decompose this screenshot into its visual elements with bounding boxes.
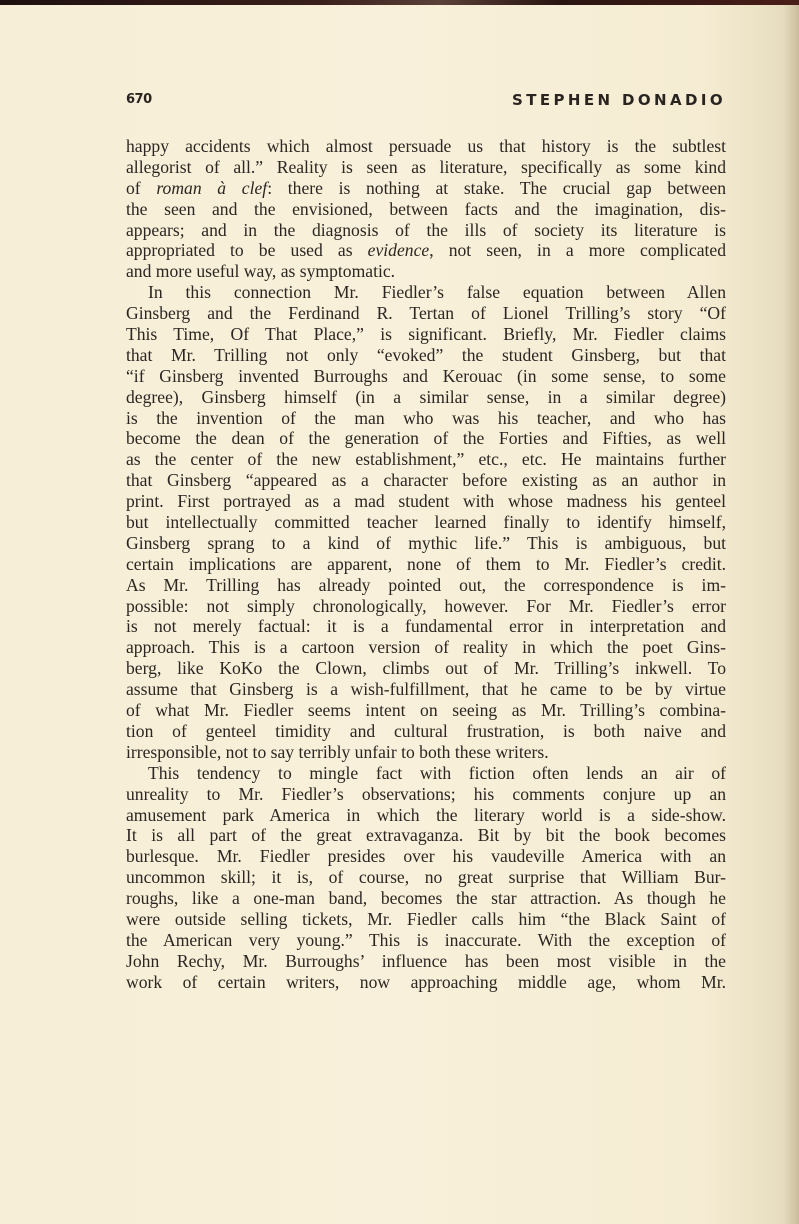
- text-line: were outside selling tickets, Mr. Fiedle…: [126, 909, 726, 930]
- text-segment: allegorist of all.” Reality is seen as l…: [126, 157, 726, 177]
- text-line: burlesque. Mr. Fiedler presides over his…: [126, 846, 726, 867]
- text-segment: is the invention of the man who was his …: [126, 408, 726, 428]
- text-segment: , not seen, in a more complicated: [429, 240, 726, 260]
- text-segment: berg, like KoKo the Clown, climbs out of…: [126, 658, 726, 678]
- text-segment: degree), Ginsberg himself (in a similar …: [126, 387, 726, 407]
- text-segment: This tendency to mingle fact with fictio…: [148, 763, 726, 783]
- paragraph: happy accidents which almost persuade us…: [126, 136, 726, 282]
- text-line: approach. This is a cartoon version of r…: [126, 637, 726, 658]
- text-segment: unreality to Mr. Fiedler’s observations;…: [126, 784, 726, 804]
- text-segment: become the dean of the generation of the…: [126, 428, 726, 448]
- text-segment: Ginsberg sprang to a kind of mythic life…: [126, 533, 726, 553]
- text-segment: the American very young.” This is inaccu…: [126, 930, 726, 950]
- text-segment: of what Mr. Fiedler seems intent on seei…: [126, 700, 726, 720]
- text-line: roughs, like a one-man band, becomes the…: [126, 888, 726, 909]
- text-segment: As Mr. Trilling has already pointed out,…: [126, 575, 726, 595]
- text-segment: This Time, Of That Place,” is significan…: [126, 324, 726, 344]
- paragraph: This tendency to mingle fact with fictio…: [126, 763, 726, 993]
- text-line: the seen and the envisioned, between fac…: [126, 199, 726, 220]
- text-segment: were outside selling tickets, Mr. Fiedle…: [126, 909, 726, 929]
- text-segment: happy accidents which almost persuade us…: [126, 136, 726, 156]
- paragraph: In this connection Mr. Fiedler’s false e…: [126, 282, 726, 762]
- text-segment: : there is nothing at stake. The crucial…: [267, 178, 726, 198]
- text-segment: print. First portrayed as a mad student …: [126, 491, 726, 511]
- text-line: This Time, Of That Place,” is significan…: [126, 324, 726, 345]
- text-line: the American very young.” This is inaccu…: [126, 930, 726, 951]
- text-segment: work of certain writers, now approaching…: [126, 972, 726, 992]
- italic-text: roman à clef: [156, 178, 267, 198]
- running-head: 670 STEPHEN DONADIO: [126, 90, 726, 114]
- gutter-shadow: [783, 5, 799, 1224]
- text-line: happy accidents which almost persuade us…: [126, 136, 726, 157]
- text-segment: irresponsible, not to say terribly unfai…: [126, 742, 549, 762]
- text-line: This tendency to mingle fact with fictio…: [126, 763, 726, 784]
- text-line: and more useful way, as symptomatic.: [126, 261, 726, 282]
- text-segment: that Ginsberg “appeared as a character b…: [126, 470, 726, 490]
- text-line: is the invention of the man who was his …: [126, 408, 726, 429]
- text-segment: It is all part of the great extravaganza…: [126, 825, 726, 845]
- text-line: appears; and in the diagnosis of the ill…: [126, 220, 726, 241]
- text-line: uncommon skill; it is, of course, no gre…: [126, 867, 726, 888]
- top-edge-shadow: [0, 0, 799, 5]
- text-segment: that Mr. Trilling not only “evoked” the …: [126, 345, 726, 365]
- text-line: As Mr. Trilling has already pointed out,…: [126, 575, 726, 596]
- text-line: Ginsberg sprang to a kind of mythic life…: [126, 533, 726, 554]
- text-line: that Ginsberg “appeared as a character b…: [126, 470, 726, 491]
- running-title: STEPHEN DONADIO: [512, 91, 726, 109]
- text-line: work of certain writers, now approaching…: [126, 972, 726, 993]
- text-segment: Ginsberg and the Ferdinand R. Tertan of …: [126, 303, 726, 323]
- text-line: is not merely factual: it is a fundament…: [126, 616, 726, 637]
- text-segment: of: [126, 178, 156, 198]
- text-segment: approach. This is a cartoon version of r…: [126, 637, 726, 657]
- text-line: assume that Ginsberg is a wish-fulfillme…: [126, 679, 726, 700]
- text-line: tion of genteel timidity and cultural fr…: [126, 721, 726, 742]
- text-line: that Mr. Trilling not only “evoked” the …: [126, 345, 726, 366]
- text-segment: as the center of the new establishment,”…: [126, 449, 726, 469]
- text-segment: and more useful way, as symptomatic.: [126, 261, 395, 281]
- text-line: print. First portrayed as a mad student …: [126, 491, 726, 512]
- text-segment: tion of genteel timidity and cultural fr…: [126, 721, 726, 741]
- text-segment: is not merely factual: it is a fundament…: [126, 616, 726, 636]
- text-segment: but intellectually committed teacher lea…: [126, 512, 726, 532]
- text-segment: appropriated to be used as: [126, 240, 368, 260]
- text-line: but intellectually committed teacher lea…: [126, 512, 726, 533]
- text-line: of roman à clef: there is nothing at sta…: [126, 178, 726, 199]
- text-line: as the center of the new establishment,”…: [126, 449, 726, 470]
- text-line: appropriated to be used as evidence, not…: [126, 240, 726, 261]
- page-number: 670: [126, 92, 152, 107]
- text-line: In this connection Mr. Fiedler’s false e…: [126, 282, 726, 303]
- body-text: happy accidents which almost persuade us…: [126, 136, 726, 993]
- text-segment: amusement park America in which the lite…: [126, 805, 726, 825]
- italic-text: evidence: [368, 240, 430, 260]
- text-segment: roughs, like a one-man band, becomes the…: [126, 888, 726, 908]
- text-line: It is all part of the great extravaganza…: [126, 825, 726, 846]
- text-line: certain implications are apparent, none …: [126, 554, 726, 575]
- text-line: “if Ginsberg invented Burroughs and Kero…: [126, 366, 726, 387]
- text-segment: uncommon skill; it is, of course, no gre…: [126, 867, 726, 887]
- text-line: of what Mr. Fiedler seems intent on seei…: [126, 700, 726, 721]
- text-segment: certain implications are apparent, none …: [126, 554, 726, 574]
- text-segment: the seen and the envisioned, between fac…: [126, 199, 726, 219]
- text-line: Ginsberg and the Ferdinand R. Tertan of …: [126, 303, 726, 324]
- text-line: become the dean of the generation of the…: [126, 428, 726, 449]
- text-line: possible: not simply chronologically, ho…: [126, 596, 726, 617]
- text-segment: possible: not simply chronologically, ho…: [126, 596, 726, 616]
- text-line: degree), Ginsberg himself (in a similar …: [126, 387, 726, 408]
- text-segment: burlesque. Mr. Fiedler presides over his…: [126, 846, 726, 866]
- text-line: irresponsible, not to say terribly unfai…: [126, 742, 726, 763]
- text-line: amusement park America in which the lite…: [126, 805, 726, 826]
- text-segment: appears; and in the diagnosis of the ill…: [126, 220, 726, 240]
- text-segment: John Rechy, Mr. Burroughs’ influence has…: [126, 951, 726, 971]
- text-segment: assume that Ginsberg is a wish-fulfillme…: [126, 679, 726, 699]
- text-line: allegorist of all.” Reality is seen as l…: [126, 157, 726, 178]
- text-line: berg, like KoKo the Clown, climbs out of…: [126, 658, 726, 679]
- text-segment: In this connection Mr. Fiedler’s false e…: [148, 282, 726, 302]
- text-line: John Rechy, Mr. Burroughs’ influence has…: [126, 951, 726, 972]
- text-segment: “if Ginsberg invented Burroughs and Kero…: [126, 366, 726, 386]
- book-page: 670 STEPHEN DONADIO happy accidents whic…: [0, 0, 799, 1224]
- text-line: unreality to Mr. Fiedler’s observations;…: [126, 784, 726, 805]
